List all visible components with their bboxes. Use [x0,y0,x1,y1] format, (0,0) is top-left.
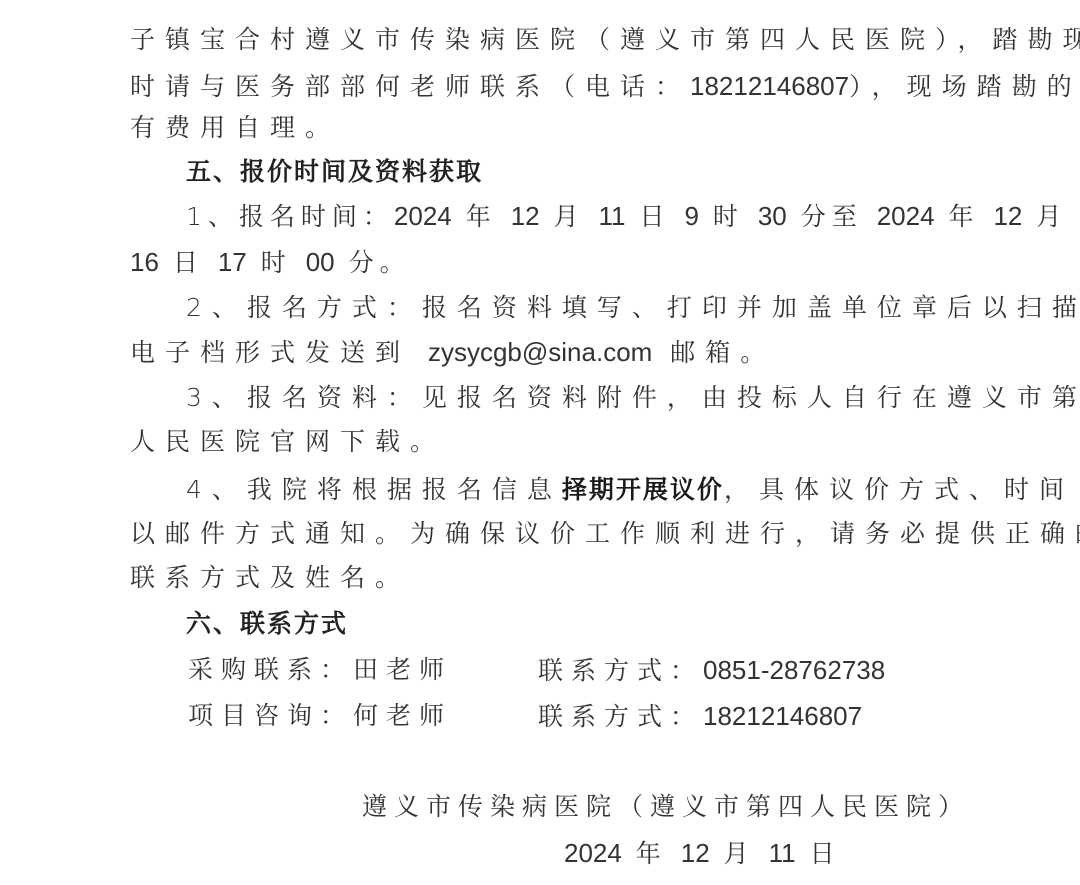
start-month: 12 [511,201,540,231]
start-day: 11 [599,201,626,231]
item-2-text: 2、报名方式：报名资料填写、打印并加盖单位章后以扫描件 [186,293,1080,322]
start-year: 2024 [394,201,452,231]
section-5-heading: 五、报价时间及资料获取 [186,149,483,195]
unit-month: 月 [724,839,755,868]
item-2-text: 邮箱。 [670,338,775,367]
contact-role-procurement: 采购联系：田老师 [188,647,452,693]
unit-month: 月 [554,202,585,231]
item-2-line-1: 2、报名方式：报名资料填写、打印并加盖单位章后以扫描件 [186,285,1016,331]
contact-phone: 18212146807 [690,71,849,101]
document-page: 子镇宝合村遵义市传染病医院（遵义市第四人民医院），踏勘现场 时请与医务部部何老师… [0,0,1080,885]
item-1-line-1: 1、报名时间：2024 年 12 月 11 日 9 时 30 分至 2024 年… [186,193,1016,239]
unit-day: 日 [639,202,670,231]
contact-method-label: 联系方式： [538,702,703,731]
contact-phone: 18212146807 [703,701,862,731]
item-4-line-3: 联系方式及姓名。 [130,555,960,601]
intro-text: 有费用自理。 [130,113,340,142]
unit-day: 日 [173,248,204,277]
intro-line-3: 有费用自理。 [130,105,960,151]
signature-date: 2024 年 12 月 11 日 [564,830,841,876]
unit-minute: 分。 [349,248,411,277]
item-3-text: 3、报名资料：见报名资料附件，由投标人自行在遵义市第四 [186,383,1080,412]
start-hour: 9 [684,201,698,231]
item-1-label: 1、报名时间： [186,202,394,231]
intro-line-2: 时请与医务部部何老师联系（电话：18212146807），现场踏勘的所 [130,63,960,109]
unit-year: 年 [636,839,667,868]
item-2-text: 电子档形式发送到 [130,338,410,367]
intro-text: 子镇宝合村遵义市传染病医院（遵义市第四人民医院），踏勘现场 [130,25,1080,54]
unit-year: 年 [948,202,979,231]
item-4-text: ，具体议价方式、时间 [724,475,1074,504]
unit-month: 月 [1036,202,1067,231]
intro-line-1: 子镇宝合村遵义市传染病医院（遵义市第四人民医院），踏勘现场 [130,17,960,63]
contact-method-consulting: 联系方式：18212146807 [538,693,862,739]
item-3-line-1: 3、报名资料：见报名资料附件，由投标人自行在遵义市第四 [186,375,1016,421]
unit-minute-to: 分至 [801,202,863,231]
unit-hour: 时 [713,202,744,231]
end-minute: 00 [306,247,335,277]
item-3-line-2: 人民医院官网下载。 [130,419,960,465]
end-hour: 17 [218,247,247,277]
contact-phone: 0851-28762738 [703,655,885,685]
item-2-line-2: 电子档形式发送到 zysycgb@sina.com 邮箱。 [130,329,960,375]
date-month: 12 [681,838,710,868]
unit-day: 日 [810,839,841,868]
contact-method-procurement: 联系方式：0851-28762738 [538,647,885,693]
intro-text: ），现场踏勘的所 [849,72,1080,101]
unit-hour: 时 [261,248,292,277]
item-4-text: 联系方式及姓名。 [130,563,410,592]
start-minute: 30 [758,201,787,231]
signature-organization: 遵义市传染病医院（遵义市第四人民医院） [362,784,970,830]
item-3-text: 人民医院官网下载。 [130,427,445,456]
contact-method-label: 联系方式： [538,656,703,685]
item-4-text: 4、我院将根据报名信息 [186,475,562,504]
date-year: 2024 [564,838,622,868]
item-1-line-2: 16 日 17 时 00 分。 [130,239,960,285]
section-6-heading: 六、联系方式 [186,601,348,647]
end-year: 2024 [877,201,935,231]
email-address: zysycgb@sina.com [428,337,652,367]
date-day: 11 [769,838,796,868]
item-4-text: 以邮件方式通知。为确保议价工作顺利进行，请务必提供正确的 [130,519,1080,548]
end-day: 16 [130,247,159,277]
end-month: 12 [993,201,1022,231]
unit-year: 年 [466,202,497,231]
intro-text: 时请与医务部部何老师联系（电话： [130,72,690,101]
item-4-line-2: 以邮件方式通知。为确保议价工作顺利进行，请务必提供正确的 [130,511,960,557]
contact-role-consulting: 项目咨询：何老师 [188,693,452,739]
item-4-bold-text: 择期开展议价 [562,475,724,504]
item-4-line-1: 4、我院将根据报名信息择期开展议价，具体议价方式、时间 [186,467,1016,513]
